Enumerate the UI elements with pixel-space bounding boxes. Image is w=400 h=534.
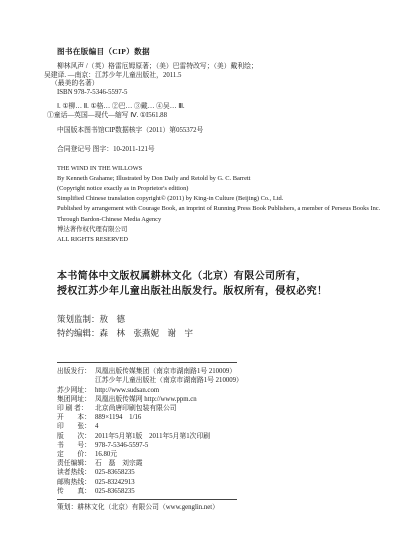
rights-statement-line2: 授权江苏少年儿童出版社出版发行。版权所有，侵权必究！ [57,284,370,299]
row-label: 定 价： [57,450,95,459]
planning-company-line: 策划：耕林文化（北京）有限公司（www.genglin.net） [57,503,370,512]
colophon-row-publisher: 出版发行： 凤凰出版传媒集团（南京市湖南路1号 210009） [57,367,370,376]
colophon-row-fax: 传 真： 025-83658235 [57,487,370,496]
row-value: 4 [95,422,98,431]
rights-statement-line1: 本书简体中文版权属耕林文化（北京）有限公司所有， [57,269,370,284]
cip-isbn: ISBN 978-7-5346-5597-5 [44,89,370,98]
cip-series: （最美的名著） [44,80,370,89]
row-value: 凤凰出版传媒网 http://www.ppm.cn [95,395,197,404]
colophon-row-reader-hotline: 读者热线： 025-83658235 [57,468,370,477]
colophon-row-printer: 印 刷 者： 北京尚唐印刷包装有限公司 [57,404,370,413]
row-value: 889×1194 1/16 [95,413,141,422]
english-simplified: Simplified Chinese translation copyright… [57,194,370,204]
cip-desc-line1: 柳林风声 /（英）格雷厄姆原著；（美）巴雷特改写；（美）戴利绘； [44,63,370,72]
colophon-row-group-website: 集团网址： 凤凰出版传媒网 http://www.ppm.cn [57,395,370,404]
english-title: THE WIND IN THE WILLOWS [57,164,370,174]
row-value: 凤凰出版传媒集团（南京市湖南路1号 210009） [95,367,236,376]
row-label: 书 号： [57,441,95,450]
all-rights-reserved: ALL RIGHTS RESERVED [57,235,370,245]
row-label: 传 真： [57,487,95,496]
colophon-row-editor: 责任编辑： 石 磊 刘宗霞 [57,459,370,468]
row-value: 978-7-5346-5597-5 [95,441,148,450]
colophon-row-publisher2: 江苏少年儿童出版社（南京市湖南路1号 210009） [57,376,370,385]
row-label: 开 本： [57,413,95,422]
divider-bottom [57,499,237,500]
row-value: 025-83658235 [95,487,135,496]
cip-contract: 合同登记号 图字：10-2011-121号 [44,146,370,155]
row-label: 集团网址： [57,395,95,404]
editors-block: 策划监制：敖 德 特约编辑：森 林 张燕妮 谢 宇 [57,312,370,340]
colophon-row-website: 苏少网址： http://www.sudsan.com [57,386,370,395]
colophon-row-edition: 版 次： 2011年5月第1版 2011年5月第1次印刷 [57,432,370,441]
row-value: 025-83658235 [95,468,135,477]
row-value: http://www.sudsan.com [95,386,159,395]
colophon-row-price: 定 价： 16.80元 [57,450,370,459]
row-label: 责任编辑： [57,459,95,468]
english-through: Through Bardon-Chinese Media Agency [57,215,370,225]
cip-classification: Ⅰ. ①柳… Ⅱ. ①格… ②巴… ③戴… ④吴… Ⅲ. ①童话—英国—现代—缩… [44,103,370,120]
colophon-table: 出版发行： 凤凰出版传媒集团（南京市湖南路1号 210009） 江苏少年儿童出版… [57,367,370,496]
planner-line: 策划监制：敖 德 [57,312,370,326]
row-value: 2011年5月第1版 2011年5月第1次印刷 [95,432,210,441]
row-label [57,376,95,385]
cip-registry: 中国版本图书馆CIP数据核字（2011）第055372号 [44,127,370,136]
cip-class-line1: Ⅰ. ①柳… Ⅱ. ①格… ②巴… ③戴… ④吴… Ⅲ. [44,103,370,112]
colophon-row-mailorder-hotline: 邮购热线： 025-83242913 [57,478,370,487]
row-label: 版 次： [57,432,95,441]
english-notice: (Copyright notice exactly as in Propriet… [57,184,370,194]
row-value: 025-83242913 [95,478,135,487]
row-label: 印 刷 者： [57,404,95,413]
row-label: 读者热线： [57,468,95,477]
row-value: 16.80元 [95,450,117,459]
row-label: 苏少网址： [57,386,95,395]
row-value: 江苏少年儿童出版社（南京市湖南路1号 210009） [95,376,243,385]
cip-contract-line: 合同登记号 图字：10-2011-121号 [44,146,370,155]
colophon-row-sheets: 印 张： 4 [57,422,370,431]
row-label: 邮购热线： [57,478,95,487]
special-editors-line: 特约编辑：森 林 张燕妮 谢 宇 [57,326,370,340]
cip-heading: 图书在版编目（CIP）数据 [57,46,370,57]
colophon-row-format: 开 本： 889×1194 1/16 [57,413,370,422]
cip-class-line2: ①童话—英国—现代—缩写 Ⅳ. ①I561.88 [44,112,370,121]
cip-description: 柳林风声 /（英）格雷厄姆原著；（美）巴雷特改写；（美）戴利绘； 吴建译. —南… [44,63,370,98]
colophon-row-isbn: 书 号： 978-7-5346-5597-5 [57,441,370,450]
rights-statement: 本书简体中文版权属耕林文化（北京）有限公司所有， 授权江苏少年儿童出版社出版发行… [57,269,370,299]
cip-registry-line: 中国版本图书馆CIP数据核字（2011）第055372号 [44,127,370,136]
row-value: 石 磊 刘宗霞 [95,459,143,468]
row-label: 印 张： [57,422,95,431]
row-label: 出版发行： [57,367,95,376]
english-copyright-block: THE WIND IN THE WILLOWS By Kenneth Graha… [57,164,370,246]
english-published: Published by arrangement with Courage Bo… [57,204,370,214]
agency-chinese-name: 博达著作权代理有限公司 [57,225,370,235]
copyright-page: 图书在版编目（CIP）数据 柳林风声 /（英）格雷厄姆原著；（美）巴雷特改写；（… [0,0,400,534]
divider-top [57,362,237,363]
english-byline: By Kenneth Grahame; Illustrated by Don D… [57,174,370,184]
row-value: 北京尚唐印刷包装有限公司 [95,404,177,413]
